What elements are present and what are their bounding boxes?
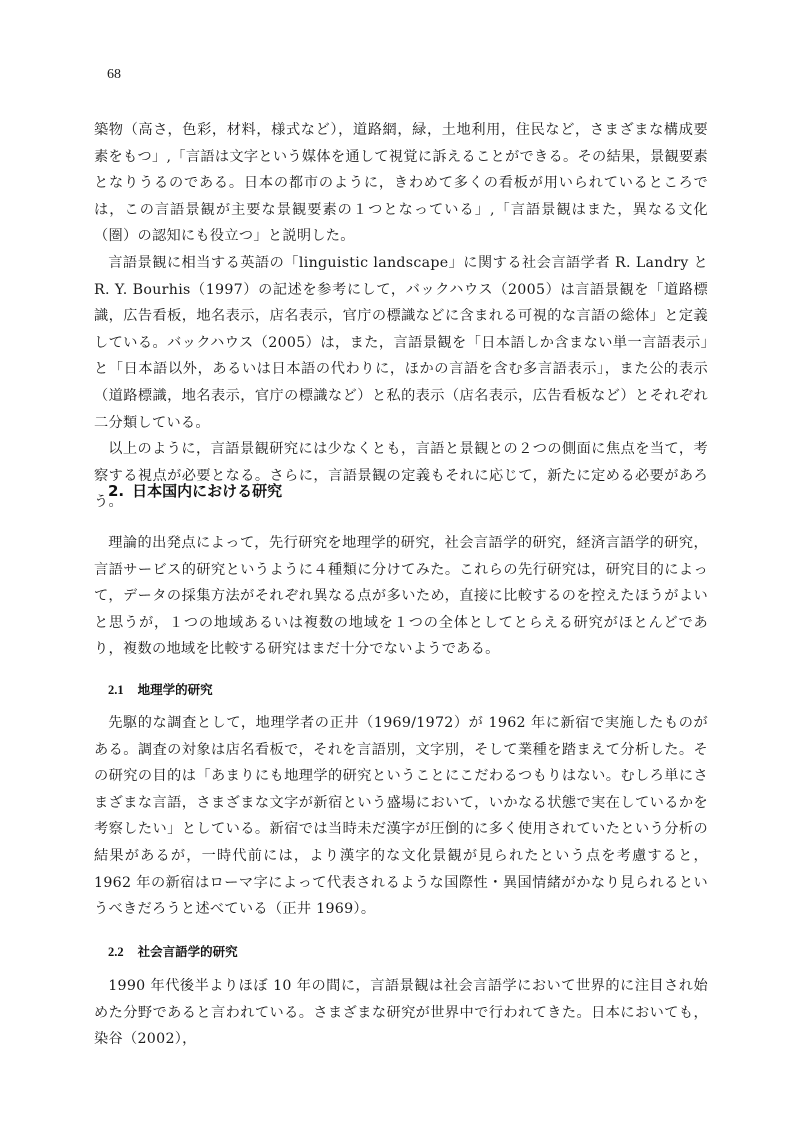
section-2-text-block: 理論的出発点によって，先行研究を地理学的研究，社会言語学的研究，経済言語学的研究… (94, 530, 708, 663)
section-2-title: 日本国内における研究 (132, 482, 282, 500)
section-2-2-text-block: 1990 年代後半よりほぼ 10 年の間に，言語景観は社会言語学において世界的に… (94, 973, 708, 1053)
section-2-number: 2. (108, 482, 124, 500)
section-2-1-text-block: 先駆的な調査として，地理学者の正井（1969/1972）が 1962 年に新宿で… (94, 710, 708, 923)
section-2-1-title: 地理学的研究 (138, 682, 213, 697)
page-number: 68 (107, 67, 121, 83)
section-2-paragraph: 理論的出発点によって，先行研究を地理学的研究，社会言語学的研究，経済言語学的研究… (94, 530, 708, 663)
intro-paragraph-1: 築物（高さ，色彩，材料，様式など），道路網，緑，土地利用，住民など，さまざまな構… (94, 117, 708, 250)
intro-text-block: 築物（高さ，色彩，材料，様式など），道路網，緑，土地利用，住民など，さまざまな構… (94, 117, 708, 516)
section-2-1-paragraph: 先駆的な調査として，地理学者の正井（1969/1972）が 1962 年に新宿で… (94, 710, 708, 923)
intro-paragraph-2: 言語景観に相当する英語の「linguistic landscape」に関する社会… (94, 250, 708, 436)
section-2-2-number: 2.2 (108, 945, 124, 959)
section-2-2-heading: 2.2社会言語学的研究 (108, 942, 238, 960)
intro-paragraph-3: 以上のように，言語景観研究には少なくとも，言語と景観との２つの側面に焦点を当て，… (94, 436, 708, 516)
section-2-1-heading: 2.1地理学的研究 (108, 680, 213, 698)
section-2-heading: 2.日本国内における研究 (108, 480, 282, 501)
section-2-2-paragraph: 1990 年代後半よりほぼ 10 年の間に，言語景観は社会言語学において世界的に… (94, 973, 708, 1053)
section-2-2-title: 社会言語学的研究 (138, 944, 238, 959)
section-2-1-number: 2.1 (108, 683, 124, 697)
